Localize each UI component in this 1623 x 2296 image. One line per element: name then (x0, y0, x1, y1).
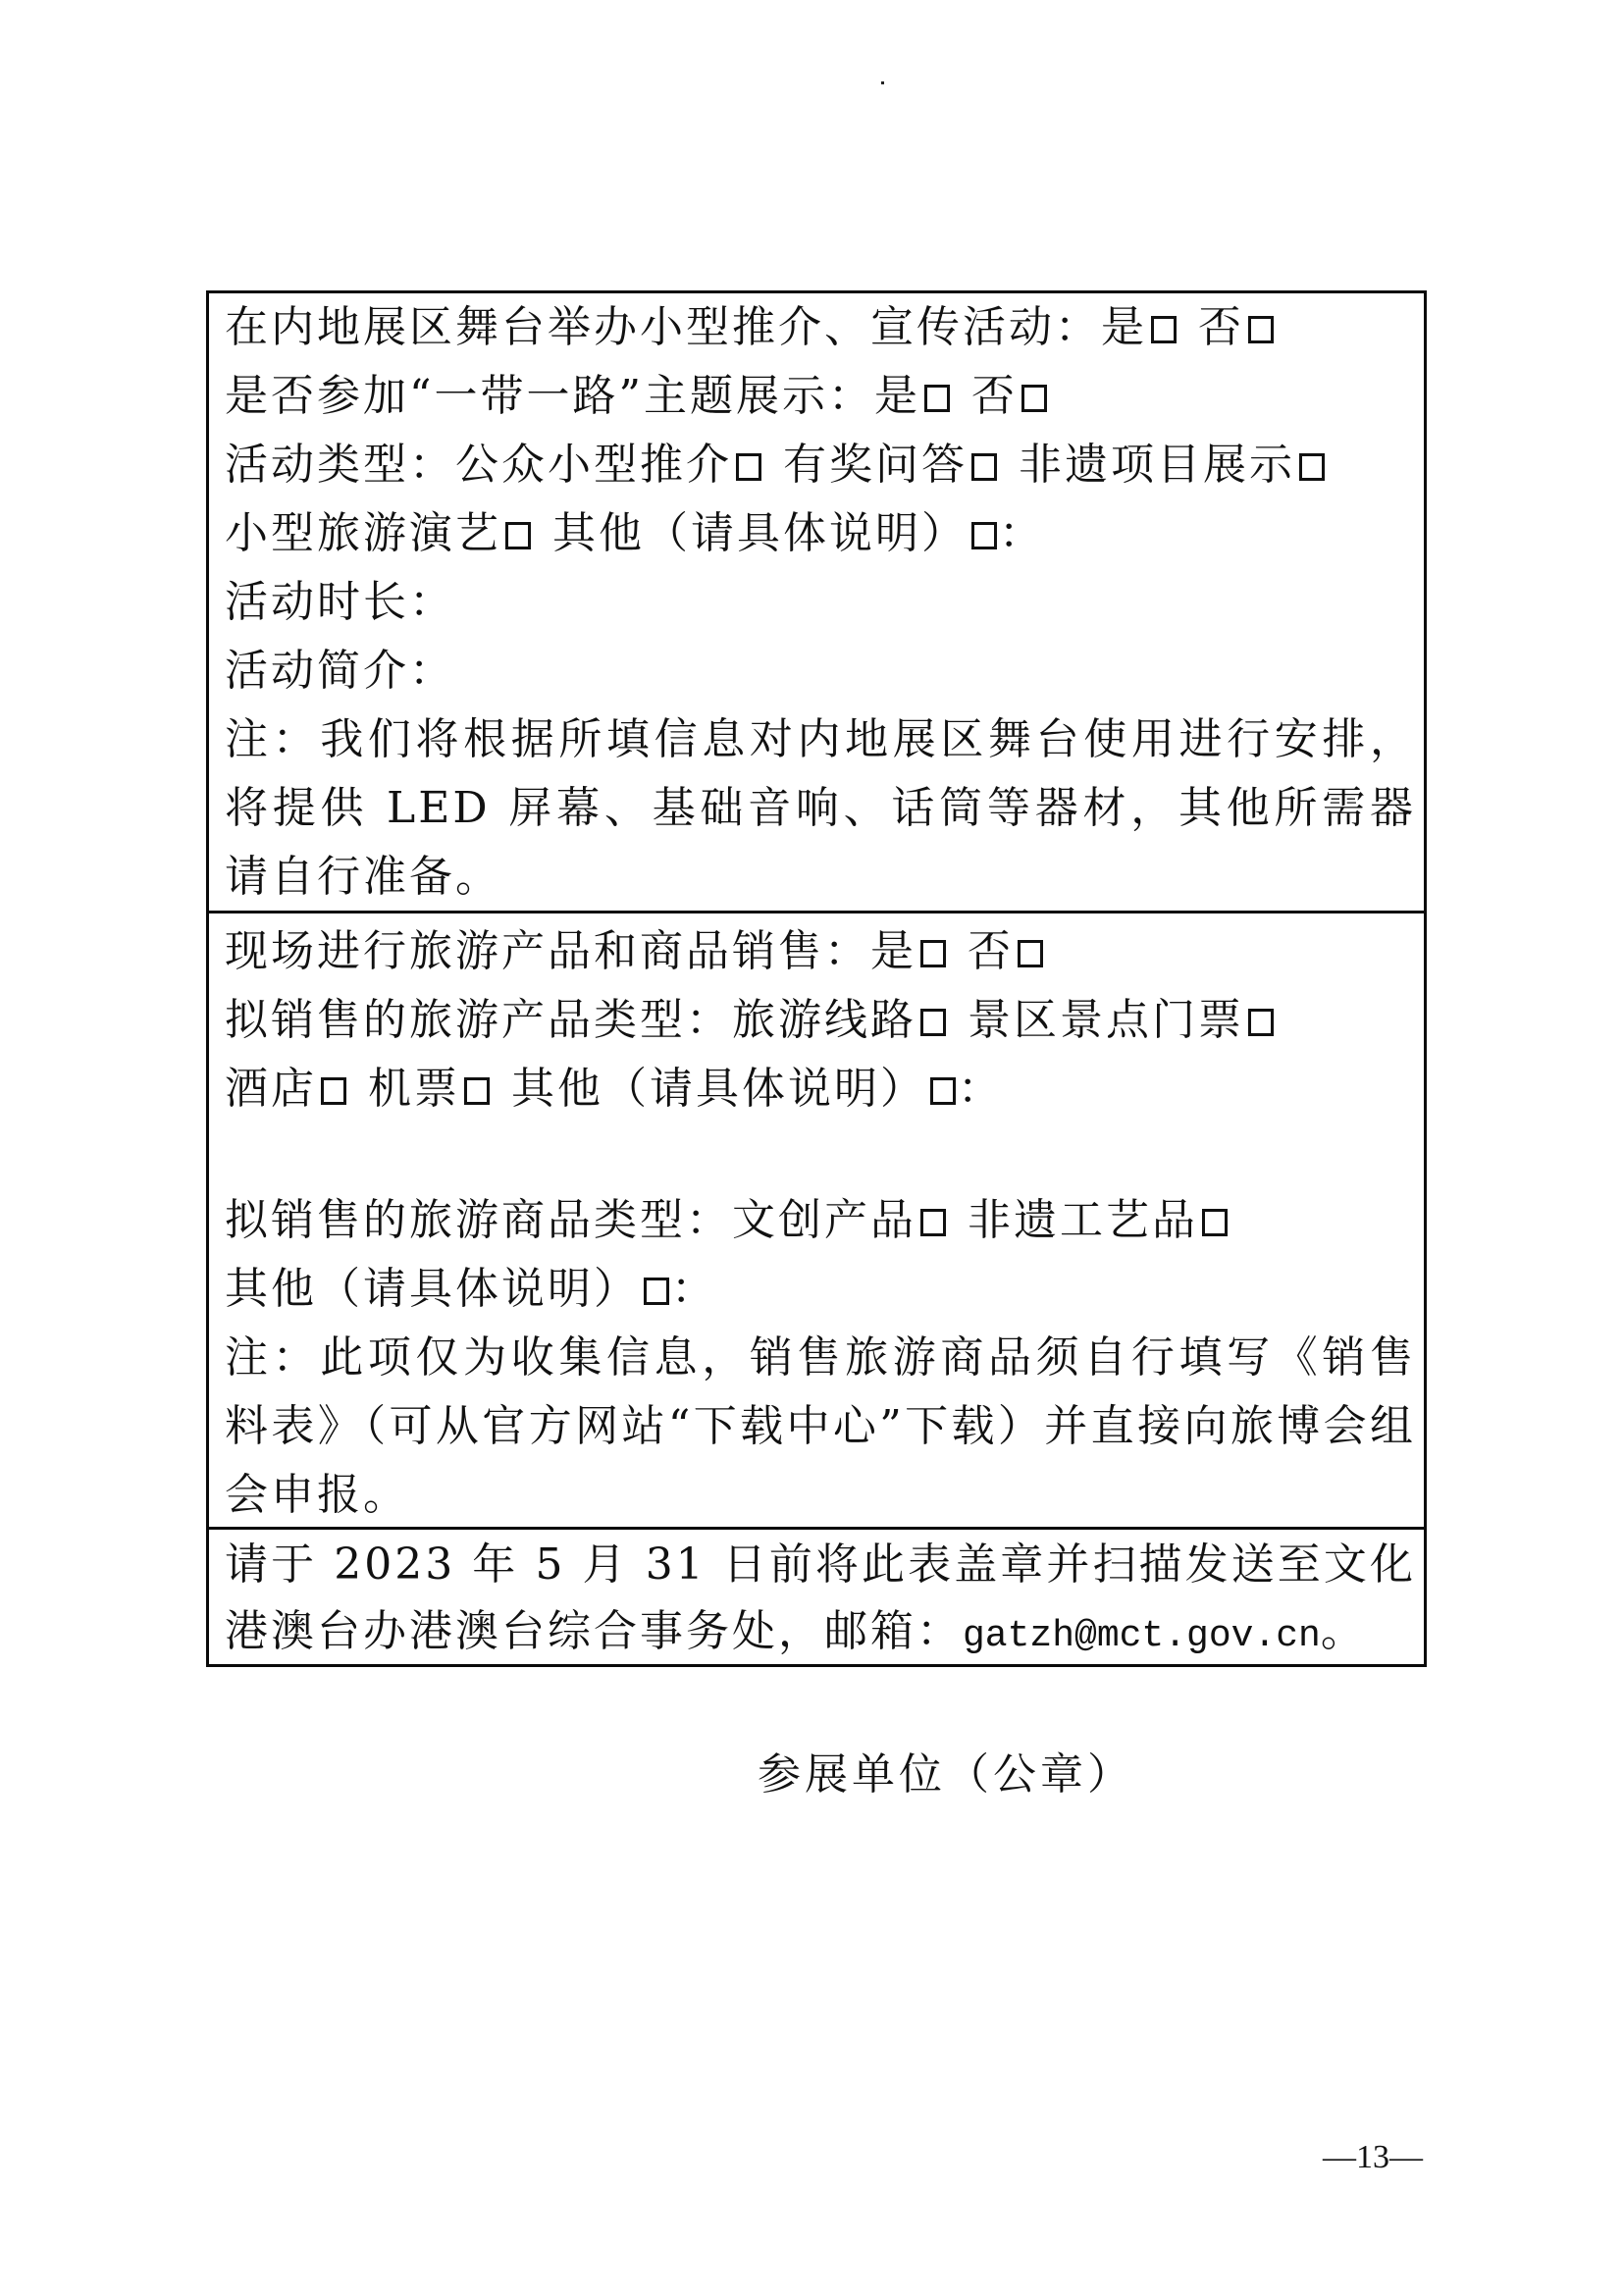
colon: ： (671, 1264, 717, 1314)
field-label: 活动简介： (225, 646, 455, 696)
option-heritage-show: 非遗项目展示 (1019, 440, 1327, 490)
belt-road-question: 是否参加“一带一路”主题展示：是否 (225, 362, 1416, 431)
checkbox[interactable] (1021, 385, 1047, 412)
option-label: 公众小型推介 (455, 440, 732, 490)
checkbox[interactable] (505, 522, 531, 549)
option-yes: 是 (874, 371, 952, 421)
checkbox[interactable] (1202, 1209, 1228, 1236)
stage-note-line-3: 请自行准备。 (225, 843, 1416, 912)
checkbox[interactable] (971, 522, 997, 549)
option-attraction-tickets: 景区景点门票 (968, 995, 1276, 1045)
stage-promotion-question: 在内地展区舞台举办小型推介、宣传活动：是否 (225, 293, 1416, 362)
activity-type-continued: 小型旅游演艺其他（请具体说明）： (225, 499, 1416, 568)
submission-instruction-section: 请于 2023 年 5 月 31 日前将此表盖章并扫描发送至文化和旅游部 港澳台… (209, 1527, 1424, 1664)
scan-speck (881, 81, 884, 84)
option-label: 有奖问答 (783, 440, 968, 490)
option-label: 是 (870, 926, 916, 976)
instruction-text: 港澳台办港澳台综合事务处，邮箱： (225, 1606, 963, 1656)
option-small-performance: 小型旅游演艺 (225, 508, 533, 558)
checkbox[interactable] (1248, 1009, 1274, 1036)
option-no: 否 (1198, 302, 1276, 352)
option-other: 其他（请具体说明） (225, 1264, 671, 1314)
page-number: —13— (1323, 2139, 1423, 2176)
checkbox[interactable] (1299, 453, 1325, 481)
checkbox[interactable] (924, 385, 950, 412)
checkbox[interactable] (1018, 940, 1043, 967)
activity-description-field[interactable]: 活动简介： (225, 637, 1416, 705)
stage-note-line-2: 将提供 LED 屏幕、基础音响、话筒等器材，其他所需器材和物料 (225, 774, 1416, 843)
email-link[interactable]: gatzh@mct.gov.cn (963, 1615, 1321, 1657)
question-label: 活动类型： (225, 440, 455, 490)
option-other: 其他（请具体说明） (552, 508, 999, 558)
option-yes: 是 (1101, 302, 1178, 352)
onsite-sales-question: 现场进行旅游产品和商品销售：是否 (225, 917, 1416, 986)
checkbox[interactable] (736, 453, 761, 481)
checkbox[interactable] (1248, 316, 1274, 343)
option-hotel: 酒店 (225, 1064, 348, 1114)
option-label: 否 (968, 926, 1014, 976)
checkbox[interactable] (321, 1077, 346, 1105)
stage-activity-section: 在内地展区舞台举办小型推介、宣传活动：是否 是否参加“一带一路”主题展示：是否 … (209, 293, 1424, 911)
sales-note-line-1: 注：此项仅为收集信息，销售旅游商品须自行填写《销售产品资 (225, 1324, 1416, 1392)
option-public-promotion: 公众小型推介 (455, 440, 763, 490)
other-product-description-field[interactable] (225, 1123, 1416, 1186)
checkbox[interactable] (644, 1278, 669, 1305)
checkbox[interactable] (971, 453, 997, 481)
option-label: 其他（请具体说明） (225, 1264, 640, 1314)
option-creative-products: 文创产品 (732, 1195, 948, 1245)
option-label: 文创产品 (732, 1195, 916, 1245)
option-label: 小型旅游演艺 (225, 508, 501, 558)
option-heritage-crafts: 非遗工艺品 (968, 1195, 1230, 1245)
question-label: 在内地展区舞台举办小型推介、宣传活动： (225, 302, 1101, 352)
option-tour-routes: 旅游线路 (732, 995, 948, 1045)
tourism-product-type-continued: 酒店机票其他（请具体说明）： (225, 1055, 1416, 1123)
field-label: 活动时长： (225, 577, 455, 627)
colon: ： (958, 1064, 1004, 1114)
option-air-tickets: 机票 (368, 1064, 492, 1114)
option-label: 其他（请具体说明） (552, 508, 968, 558)
question-label: 现场进行旅游产品和商品销售： (225, 926, 870, 976)
option-label: 非遗工艺品 (968, 1195, 1198, 1245)
question-label: 拟销售的旅游产品类型： (225, 995, 732, 1045)
tourism-goods-type-question: 拟销售的旅游商品类型：文创产品非遗工艺品 (225, 1186, 1416, 1255)
sales-note-line-3: 会申报。 (225, 1461, 1416, 1530)
option-label: 其他（请具体说明） (511, 1064, 926, 1114)
checkbox[interactable] (920, 1009, 946, 1036)
activity-type-question: 活动类型：公众小型推介有奖问答非遗项目展示 (225, 431, 1416, 499)
option-label: 机票 (368, 1064, 460, 1114)
option-label: 否 (971, 371, 1018, 421)
sales-note-line-2: 料表》（可从官方网站“下载中心”下载）并直接向旅博会组委 (225, 1392, 1416, 1461)
checkbox[interactable] (464, 1077, 490, 1105)
option-no: 否 (971, 371, 1049, 421)
option-label: 是 (874, 371, 920, 421)
option-yes: 是 (870, 926, 948, 976)
exhibitor-seal-label: 参展单位（公章） (758, 1739, 1134, 1801)
option-label: 旅游线路 (732, 995, 916, 1045)
stage-note-line-1: 注：我们将根据所填信息对内地展区舞台使用进行安排，此外还 (225, 705, 1416, 774)
option-label: 非遗项目展示 (1019, 440, 1295, 490)
option-label: 景区景点门票 (968, 995, 1244, 1045)
checkbox[interactable] (1151, 316, 1177, 343)
option-no: 否 (968, 926, 1045, 976)
checkbox[interactable] (920, 1209, 946, 1236)
period: 。 (1321, 1606, 1367, 1656)
document-page: 在内地展区舞台举办小型推介、宣传活动：是否 是否参加“一带一路”主题展示：是否 … (0, 0, 1623, 2296)
tourism-goods-other: 其他（请具体说明）： (225, 1255, 1416, 1324)
sales-section: 现场进行旅游产品和商品销售：是否 拟销售的旅游产品类型：旅游线路景区景点门票 酒… (209, 911, 1424, 1527)
option-other: 其他（请具体说明） (511, 1064, 958, 1114)
option-label: 是 (1101, 302, 1147, 352)
option-label: 酒店 (225, 1064, 317, 1114)
instruction-line-1: 请于 2023 年 5 月 31 日前将此表盖章并扫描发送至文化和旅游部 (225, 1532, 1416, 1598)
question-label: 拟销售的旅游商品类型： (225, 1195, 732, 1245)
option-quiz: 有奖问答 (783, 440, 999, 490)
tourism-product-type-question: 拟销售的旅游产品类型：旅游线路景区景点门票 (225, 986, 1416, 1055)
checkbox[interactable] (930, 1077, 956, 1105)
colon: ： (999, 508, 1045, 558)
registration-form-table: 在内地展区舞台举办小型推介、宣传活动：是否 是否参加“一带一路”主题展示：是否 … (206, 290, 1427, 1667)
option-label: 否 (1198, 302, 1244, 352)
instruction-line-2: 港澳台办港澳台综合事务处，邮箱：gatzh@mct.gov.cn。 (225, 1598, 1416, 1665)
checkbox[interactable] (920, 940, 946, 967)
question-label: 是否参加“一带一路”主题展示： (225, 371, 874, 421)
activity-duration-field[interactable]: 活动时长： (225, 568, 1416, 637)
